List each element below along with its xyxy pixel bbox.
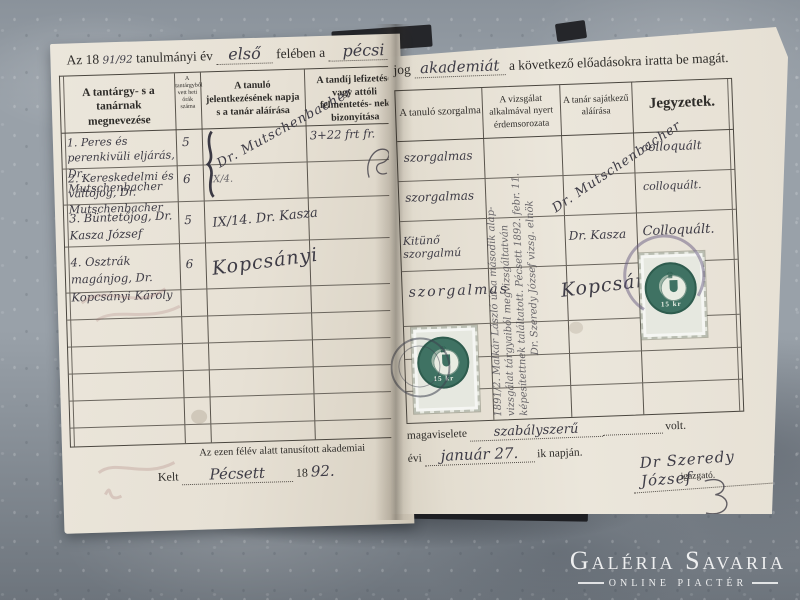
row-line [69,363,411,374]
signup-entry: Kopcsányi [211,244,320,280]
watermark-dash [578,582,604,584]
diligence-entry: szorgalmas [403,148,472,165]
col-header-signature: A tanár sajátkezű aláírása [562,93,631,120]
col-header-notes: Jegyzetek. [634,93,731,114]
book-fold-shadow [375,24,413,520]
header-print-tanev: tanulmányi év [136,48,213,65]
watermark: Galéria Savaria online piactér [570,548,786,592]
col-header-subject: A tantárgy- s a tanárnak megnevezése [66,83,171,129]
hours-entry: 5 [184,213,192,227]
watermark-subtitle: online piactér [609,575,747,590]
kelt-year-print: 18 [296,466,308,480]
col-header-signup: A tanuló jelentkezésének napja s a tanár… [204,78,301,120]
row-line [400,209,736,222]
kelt-year-hand: 92. [311,462,335,481]
footer-print-volt: volt. [665,420,686,433]
teacher-signature-span: Dr. Mutschenbacher [550,108,699,216]
subject-entry: 3. Büntetőjog, Dr. Kasza József [69,207,178,245]
footer-hand-date: január 27. [424,443,534,466]
vertical-exam-note: 1891/2. Malkár László úr a második alap-… [481,115,544,417]
left-header-line: Az 18 91/92 tanulmányi év első felében a… [66,40,396,69]
header-print-az18: Az 18 [66,52,99,68]
left-table: A tantárgy- s a tanárnak megnevezése A t… [59,66,413,448]
row-line [70,390,412,401]
header-hand-yearfrac: 91/92 [102,54,133,67]
teacher-signature: Dr. Kasza [568,227,626,243]
footer-print-magaviselete: magaviselete [407,428,467,442]
header-hand-academy: akademiát [414,56,506,78]
left-page: Az 18 91/92 tanulmányi év első felében a… [50,34,414,534]
row-line [70,417,412,428]
kelt-place-hand: Pécsett [181,463,293,485]
watermark-subtitle-row: online piactér [570,574,786,592]
photo-scene: Az 18 91/92 tanulmányi év első felében a… [0,0,800,600]
kelt-label: Kelt [158,469,179,484]
footer-hand-conduct: szabályszerű [470,421,603,442]
right-page: jog akademiát a következő előadásokra ir… [388,22,788,524]
hours-entry: 5 [182,135,190,149]
row-line [68,336,410,347]
fee-entry: 3+22 frt fr. [310,126,376,142]
header-hand-semester: első [216,43,273,65]
hours-entry: 6 [183,172,191,186]
left-footer-line: Az ezen félév alatt tanusított akademiai [157,442,407,460]
ink-show-through [75,260,197,334]
watermark-title: Galéria Savaria [570,548,786,574]
signup-entry: IX/14. Dr. Kasza [212,205,319,230]
header-print-rest: a következő előadásokra iratta be magát. [509,50,729,73]
brace-mark-icon [205,130,217,198]
diligence-entry: szorgalmas [405,188,474,205]
header-print-feleben: felében a [276,45,326,61]
left-footer-kelt: Kelt Pécsett 18 92. [158,460,408,485]
footer-print-napjan: ik napján. [537,447,583,461]
diligence-entry: Kitünő szorgalmú [403,232,488,261]
watermark-dash [752,582,778,584]
col-header-hours: A tantárgyból vett heti órák száma [175,76,200,111]
notes-entry: colloquált. [643,178,702,193]
